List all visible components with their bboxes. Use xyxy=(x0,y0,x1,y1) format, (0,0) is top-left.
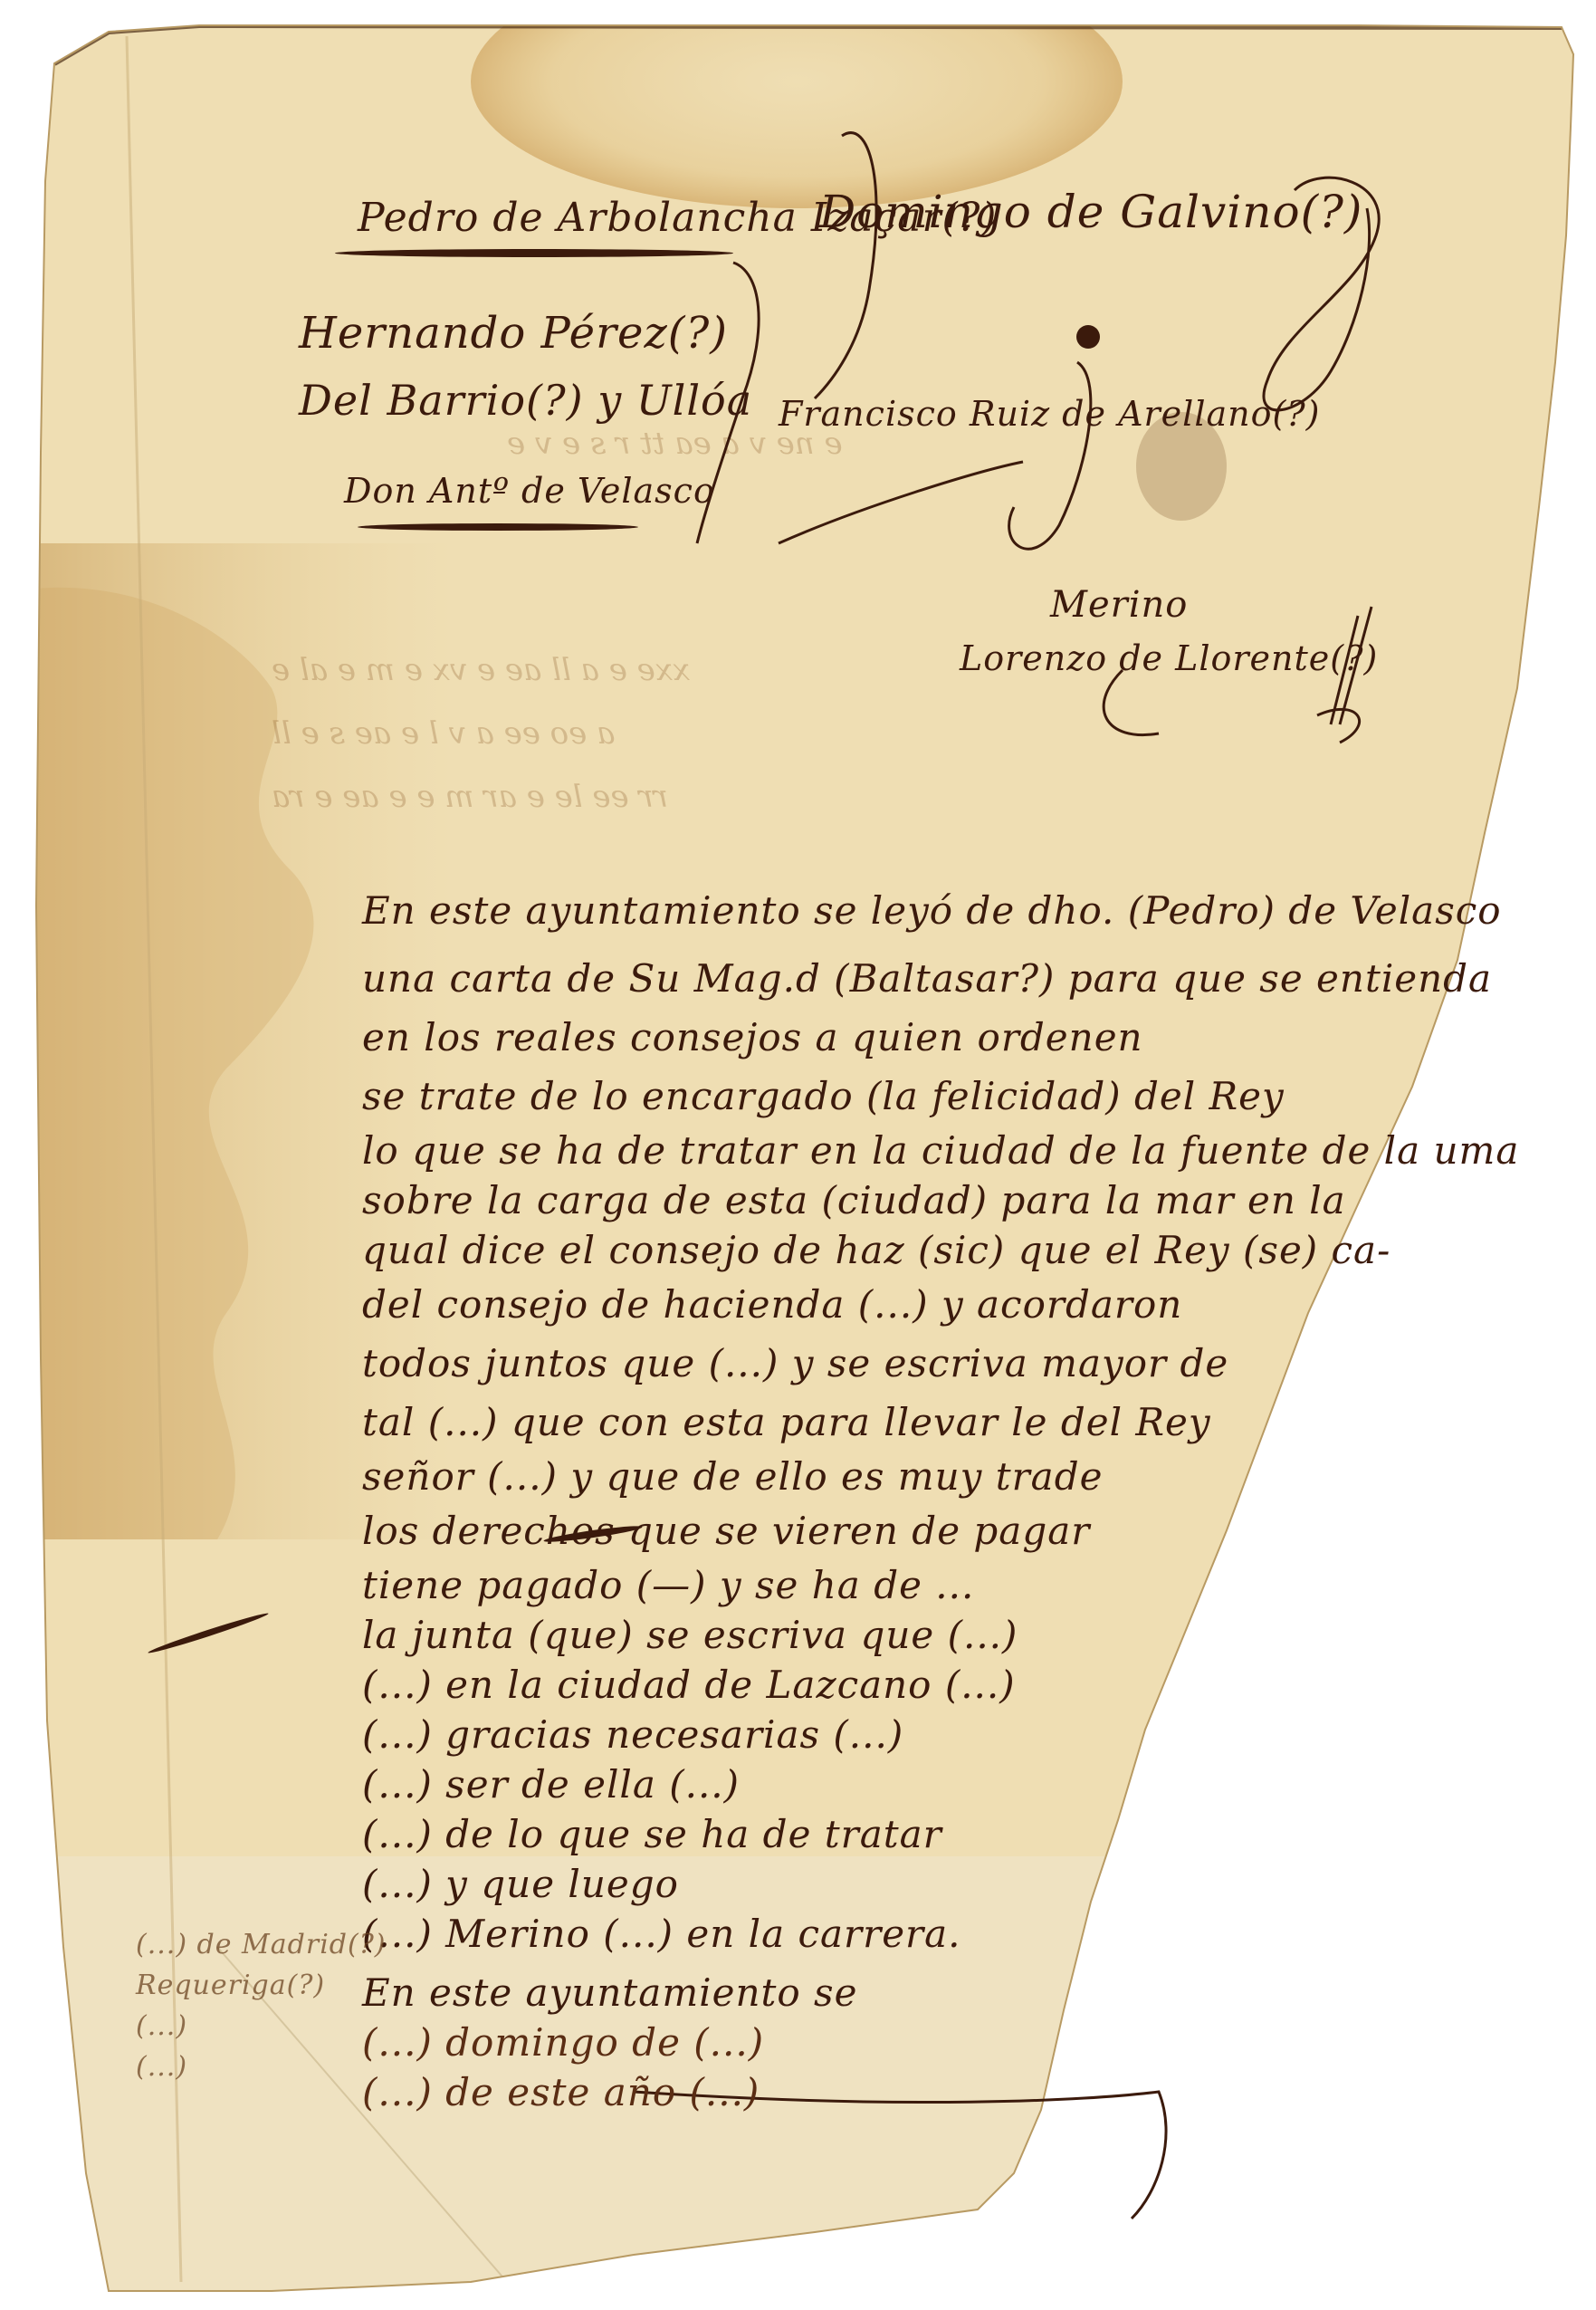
body-line: del consejo de hacienda (...) y acordaro… xyxy=(362,1286,1182,1324)
body-line: se trate de lo encargado (la felicidad) … xyxy=(362,1078,1285,1116)
body-line: la junta (que) se escriva que (...) xyxy=(362,1616,1018,1654)
body-line: sobre la carga de esta (ciudad) para la … xyxy=(362,1182,1346,1220)
body-line: (...) gracias necesarias (...) xyxy=(362,1716,903,1754)
body-line: los derechos que se vieren de pagar xyxy=(362,1512,1090,1550)
body-line: En este ayuntamiento se leyó de dho. (Pe… xyxy=(362,892,1502,930)
body-line: (...) domingo de (...) xyxy=(362,2024,764,2062)
body-line: en los reales consejos a quien ordenen xyxy=(362,1019,1143,1057)
margin-line: (...) xyxy=(136,2010,187,2042)
body-line: todos juntos que (...) y se escriva mayo… xyxy=(362,1345,1228,1383)
body-line: (...) Merino (...) en la carrera. xyxy=(362,1915,961,1953)
body-line: tiene pagado (—) y se ha de ... xyxy=(362,1567,974,1605)
body-line: (...) de lo que se ha de tratar xyxy=(362,1816,942,1854)
body-line: tal (...) que con esta para llevar le de… xyxy=(362,1404,1211,1442)
body-line: En este ayuntamiento se xyxy=(362,1974,857,2012)
margin-line: Requeriga(?) xyxy=(136,1970,325,2001)
body-line: (...) y que luego xyxy=(362,1865,679,1903)
body-line: qual dice el consejo de haz (sic) que el… xyxy=(362,1232,1391,1270)
body-line: una carta de Su Mag.d (Baltasar?) para q… xyxy=(362,960,1492,998)
margin-line: (...) de Madrid(?) xyxy=(136,1929,387,1960)
body-line: (...) en la ciudad de Lazcano (...) xyxy=(362,1666,1016,1704)
body-line: señor (...) y que de ello es muy trade xyxy=(362,1458,1103,1496)
body-line: (...) ser de ella (...) xyxy=(362,1766,740,1804)
body-line: (...) de este año (...) xyxy=(362,2074,760,2112)
body-line: lo que se ha de tratar en la ciudad de l… xyxy=(362,1132,1519,1170)
margin-line: (...) xyxy=(136,2051,187,2083)
manuscript-scan: e ne v a ea tt r s e v e xxe e a ll ae e… xyxy=(0,0,1596,2310)
